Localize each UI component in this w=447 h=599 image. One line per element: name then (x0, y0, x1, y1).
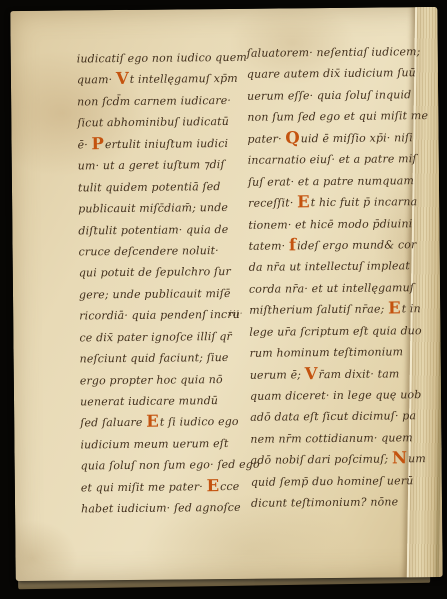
line-text: uenerat iudicare mundū (80, 394, 218, 408)
rubric-initial: V (305, 364, 319, 383)
line-text: rum hominum teſtimonium (250, 345, 404, 359)
line-text: uerum eſſe· quia ſoluſ inquid (247, 88, 411, 103)
manuscript-line: non ſcd̄m carnem iudicare· (77, 90, 249, 113)
manuscript-line: adō data eſt ſicut dicimuſ· pa (250, 406, 426, 429)
line-text: habet iudicium· ſed agnoſce (81, 501, 241, 516)
manuscript-page: iudicatiſ ego non iudico quemquam· Vt in… (10, 7, 442, 581)
line-text: non ſcd̄m carnem iudicare· (77, 94, 231, 108)
line-text: diſtulit potentiam· quia de (78, 222, 228, 236)
line-text: ſed ſaluare (80, 416, 146, 430)
manuscript-line: tatem· fideſ ergo mund& cor (248, 234, 424, 257)
manuscript-line: pater· Quid ē miſſio xp̄i· niſi (247, 127, 423, 150)
line-text: quid ſemp̄ duo homineſ uerū (251, 474, 414, 489)
rubric-initial: E (388, 299, 402, 318)
line-text: t hic fuit p̄ incarna (311, 195, 418, 209)
rubric-initial: f (289, 235, 297, 254)
line-text: nem nr̄m cottidianum· quem (250, 431, 413, 446)
line-text: iudicatiſ ego non iudico quem (77, 51, 247, 66)
manuscript-line: quia ſoluſ non ſum ego· ſed ego (81, 454, 253, 477)
manuscript-line: ē· Pertulit iniuſtum iudici (77, 133, 249, 156)
manuscript-line: uerum ē; Vr̄am dixit· tam (250, 363, 426, 386)
line-text: quia ſoluſ non ſum ego· ſed ego (81, 458, 260, 473)
line-text: quam· (77, 73, 116, 86)
manuscript-line: lege ur̄a ſcriptum eſt quia duo (249, 320, 425, 343)
manuscript-line: diſtulit potentiam· quia de (78, 218, 250, 241)
manuscript-line: tionem· et hicē modo p̄diuini (248, 213, 424, 236)
rubric-initial: V (116, 69, 130, 88)
manuscript-line: uenerat iudicare mundū (80, 390, 252, 413)
line-text: qui potuit de ſepulchro ſur (79, 265, 231, 279)
manuscript-line: quare autem dix̄ iudicium ſuū (247, 63, 423, 86)
manuscript-line: corda nr̄a· et ut intellęgamuſ (249, 277, 425, 300)
manuscript-line: habet iudicium· ſed agnoſce (81, 497, 253, 520)
line-text: tatem· (248, 239, 289, 252)
text-column-right: ſaluatorem· neſentiaſ iudicem;quare aute… (247, 41, 428, 514)
line-text: t ſi iudico ego (160, 415, 239, 429)
text-column-left: iudicatiſ ego non iudico quemquam· Vt in… (77, 47, 254, 520)
line-text: t intellęgamuſ xp̄m (130, 72, 238, 86)
manuscript-line: incarnatio eiuſ· et a patre miſ (248, 148, 424, 171)
manuscript-line: qui potuit de ſepulchro ſur (79, 261, 251, 284)
manuscript-line: iudicatiſ ego non iudico quem (77, 47, 249, 70)
line-text: ertulit iniuſtum iudici (105, 137, 228, 151)
manuscript-line: nem nr̄m cottidianum· quem (250, 427, 426, 450)
line-text: cruce deſcendere noluit· (79, 244, 219, 258)
manuscript-line: publicauit miſc̄diam̄; unde (78, 197, 250, 220)
line-text: dicunt teſtimonium? nōne (251, 496, 398, 510)
line-text: pater· (247, 132, 285, 145)
line-text: miſtherium ſalutiſ nr̄ae; (249, 303, 388, 317)
line-text: ce dix̄ pater ignoſce illiſ qr̄ (79, 330, 232, 344)
manuscript-line: ſed ſaluare Et ſi iudico ego (80, 411, 252, 434)
line-text: et qui miſit me pater· (81, 480, 207, 494)
line-text: lege ur̄a ſcriptum eſt quia duo (249, 324, 422, 339)
line-text: cce (220, 480, 239, 493)
line-text: tulit quidem potentiā ſed (78, 180, 221, 194)
rubric-initial: E (297, 192, 311, 211)
line-text: adō data eſt ſicut dicimuſ· pa (250, 410, 416, 425)
line-text: quare autem dix̄ iudicium ſuū (247, 67, 416, 82)
manuscript-line: ce dix̄ pater ignoſce illiſ qr̄ (79, 325, 251, 348)
manuscript-line: iudicium meum uerum eſt (80, 433, 252, 456)
rubric-initial: E (206, 476, 220, 495)
manuscript-line: ergo propter hoc quia nō (80, 368, 252, 391)
rubric-initial: N (392, 449, 408, 468)
rubric-initial: Q (285, 128, 301, 147)
manuscript-line: quam· Vt intellęgamuſ xp̄m (77, 68, 249, 91)
manuscript-line: uerum eſſe· quia ſoluſ inquid (247, 84, 423, 107)
line-text: ricordiā· quia pendenſ incru (79, 308, 240, 323)
line-text: quam diceret· in lege quę uob (250, 388, 422, 403)
line-text: ſaluatorem· neſentiaſ iudicem; (247, 45, 421, 60)
manuscript-line: da nr̄a ut intellectuſ impleat (249, 255, 425, 278)
manuscript-line: ſuſ erat· et a patre numquam (248, 170, 424, 193)
manuscript-line: neſciunt quid faciunt; ſiue (80, 347, 252, 370)
manuscript-line: ſaluatorem· neſentiaſ iudicem; (247, 41, 423, 64)
manuscript-line: gere; unde publicauit miſē (79, 283, 251, 306)
manuscript-line: ſicut abhominibuſ iudicatū (77, 111, 249, 134)
line-text: corda nr̄a· et ut intellęgamuſ (249, 281, 414, 296)
manuscript-line: et qui miſit me pater· Ecce (81, 476, 253, 499)
line-text: uid ē miſſio xp̄i· niſi (301, 131, 413, 145)
line-text: ergo propter hoc quia nō (80, 373, 223, 387)
manuscript-line: receſſit· Et hic fuit p̄ incarna (248, 191, 424, 214)
line-text: receſſit· (248, 196, 297, 209)
line-text: incarnatio eiuſ· et a patre miſ (248, 152, 417, 167)
line-text: t in (402, 302, 421, 315)
line-text: uerum ē; (250, 368, 305, 382)
line-text: non ſum ſed ego et qui miſit me (247, 109, 428, 124)
line-text: da nr̄a ut intellectuſ impleat (249, 260, 410, 275)
rubric-initial: E (146, 412, 160, 431)
manuscript-line: non ſum ſed ego et qui miſit me (247, 105, 423, 128)
line-text: um (408, 452, 426, 465)
line-text: neſciunt quid faciunt; ſiue (80, 351, 229, 365)
manuscript-line: quam diceret· in lege quę uob (250, 384, 426, 407)
manuscript-line: miſtherium ſalutiſ nr̄ae; Et in (249, 298, 425, 321)
line-text: ſicut abhominibuſ iudicatū (77, 115, 229, 129)
line-text: um· ut a geret iuſtum ⁊diſ (78, 158, 225, 172)
rubric-initial: P (91, 134, 105, 153)
manuscript-line: dicunt teſtimonium? nōne (251, 491, 427, 514)
manuscript-line: ricordiā· quia pendenſ incru (79, 304, 251, 327)
photo-background: iudicatiſ ego non iudico quemquam· Vt in… (0, 0, 447, 599)
line-text: tionem· et hicē modo p̄diuini (248, 217, 412, 232)
manuscript-line: um· ut a geret iuſtum ⁊diſ (78, 154, 250, 177)
line-text: ē· (77, 138, 91, 151)
line-text: r̄am dixit· tam (318, 367, 399, 381)
line-text: iudicium meum uerum eſt (80, 437, 228, 451)
manuscript-line: tulit quidem potentiā ſed (78, 175, 250, 198)
manuscript-line: adō nobiſ dari poſcimuſ; Num (250, 448, 426, 471)
margin-correction-note: iii· (229, 309, 243, 318)
line-text: gere; unde publicauit miſē (79, 287, 231, 301)
manuscript-line: quid ſemp̄ duo homineſ uerū (251, 470, 427, 493)
line-text: ideſ ergo mund& cor (297, 238, 417, 252)
manuscript-line: rum hominum teſtimonium (249, 341, 425, 364)
line-text: ſuſ erat· et a patre numquam (248, 174, 414, 189)
line-text: adō nobiſ dari poſcimuſ; (251, 453, 393, 467)
line-text: publicauit miſc̄diam̄; unde (78, 201, 228, 215)
manuscript-line: cruce deſcendere noluit· (78, 240, 250, 263)
